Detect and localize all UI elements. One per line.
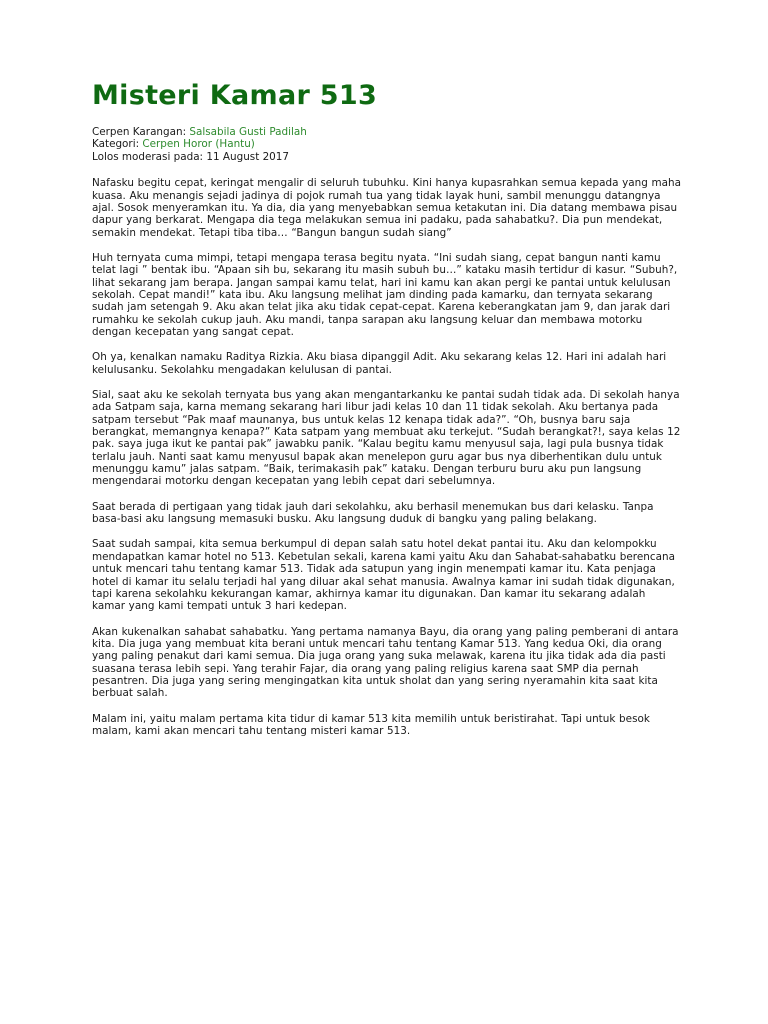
story-paragraph: Oh ya, kenalkan namaku Raditya Rizkia. A… [92,351,682,376]
story-paragraph: Malam ini, yaitu malam pertama kita tidu… [92,713,682,738]
story-paragraph: Akan kukenalkan sahabat sahabatku. Yang … [92,626,682,700]
category-link[interactable]: Cerpen Horor (Hantu) [142,138,254,150]
category-label: Kategori: [92,138,142,150]
article-meta: Cerpen Karangan: Salsabila Gusti Padilah… [92,126,682,163]
article: Misteri Kamar 513 Cerpen Karangan: Salsa… [92,78,682,750]
story-paragraph: Nafasku begitu cepat, keringat mengalir … [92,177,682,239]
story-paragraph: Huh ternyata cuma mimpi, tetapi mengapa … [92,252,682,338]
story-paragraph: Saat berada di pertigaan yang tidak jauh… [92,501,682,526]
moderation-row: Lolos moderasi pada: 11 August 2017 [92,151,682,163]
author-row: Cerpen Karangan: Salsabila Gusti Padilah [92,126,682,138]
moderation-label: Lolos moderasi pada: [92,151,206,163]
author-link[interactable]: Salsabila Gusti Padilah [189,126,306,138]
category-row: Kategori: Cerpen Horor (Hantu) [92,138,682,150]
story-paragraph: Sial, saat aku ke sekolah ternyata bus y… [92,389,682,488]
story-paragraph: Saat sudah sampai, kita semua berkumpul … [92,538,682,612]
story-body: Nafasku begitu cepat, keringat mengalir … [92,177,682,737]
article-title: Misteri Kamar 513 [92,78,682,114]
moderation-date: 11 August 2017 [206,151,289,163]
author-label: Cerpen Karangan: [92,126,189,138]
